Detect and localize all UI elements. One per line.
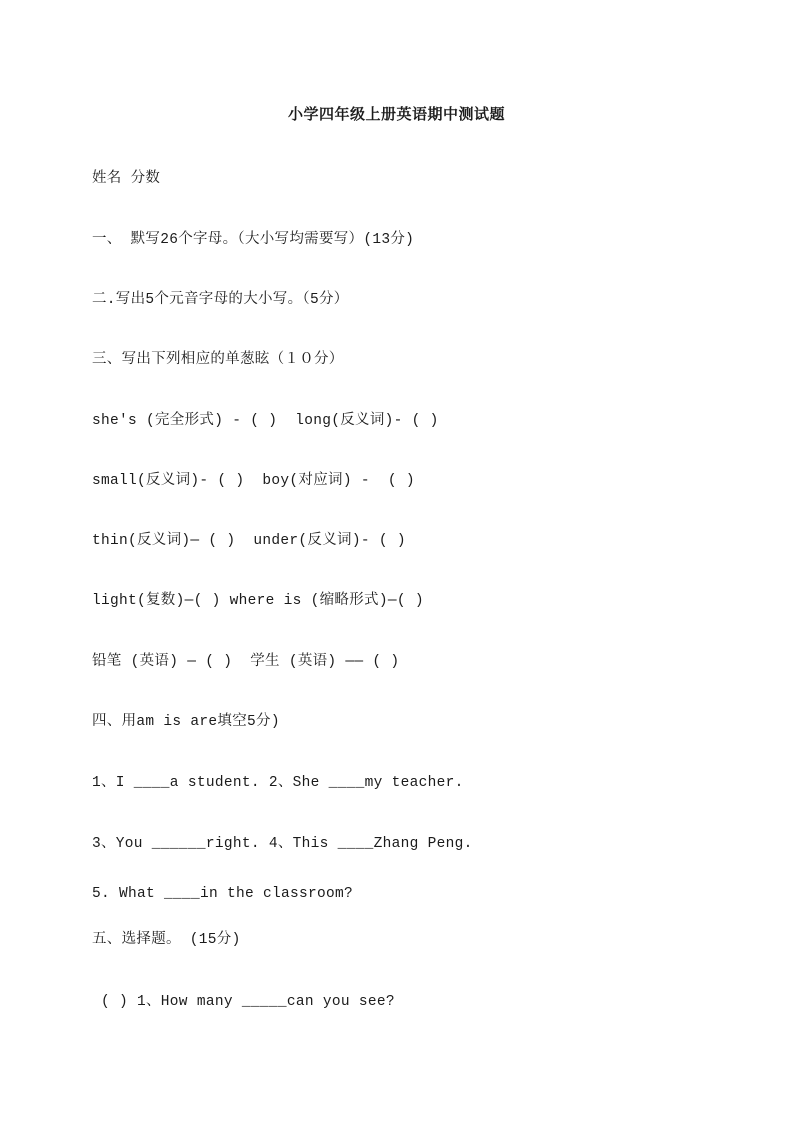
section-4-heading: 四、用am is are填空5分) (92, 713, 280, 732)
word-item-row-3: thin(反义词)— ( ) under(反义词)- ( ) (92, 532, 406, 551)
page-title: 小学四年级上册英语期中测试题 (0, 103, 793, 124)
fill-blank-row-2: 3、You ______right. 4、This ____Zhang Peng… (92, 835, 473, 854)
fill-blank-row-1: 1、I ____a student. 2、She ____my teacher. (92, 774, 464, 793)
exam-document-page: 小学四年级上册英语期中测试题 姓名 分数 一、 默写26个字母。（大小写均需要写… (0, 0, 793, 1122)
section-3-heading: 三、写出下列相应的单葱眩（１０分） (92, 351, 344, 370)
section-1-heading: 一、 默写26个字母。（大小写均需要写）(13分) (92, 231, 414, 250)
word-item-row-4: light(复数)—( ) where is (缩略形式)—( ) (92, 592, 424, 611)
choice-question-row-1: ( ) 1、How many _____can you see? (92, 993, 395, 1012)
fill-blank-row-3: 5. What ____in the classroom? (92, 885, 353, 904)
section-2-heading: 二.写出5个元音字母的大小写。（5分） (92, 291, 349, 310)
section-5-heading: 五、选择题。 (15分) (92, 931, 241, 950)
word-item-row-5: 铅笔 (英语) — ( ) 学生 (英语) —— ( ) (92, 653, 399, 672)
word-item-row-1: she's (完全形式) - ( ) long(反义词)- ( ) (92, 412, 439, 431)
word-item-row-2: small(反义词)- ( ) boy(对应词) - ( ) (92, 472, 415, 491)
name-score-line: 姓名 分数 (92, 170, 160, 189)
